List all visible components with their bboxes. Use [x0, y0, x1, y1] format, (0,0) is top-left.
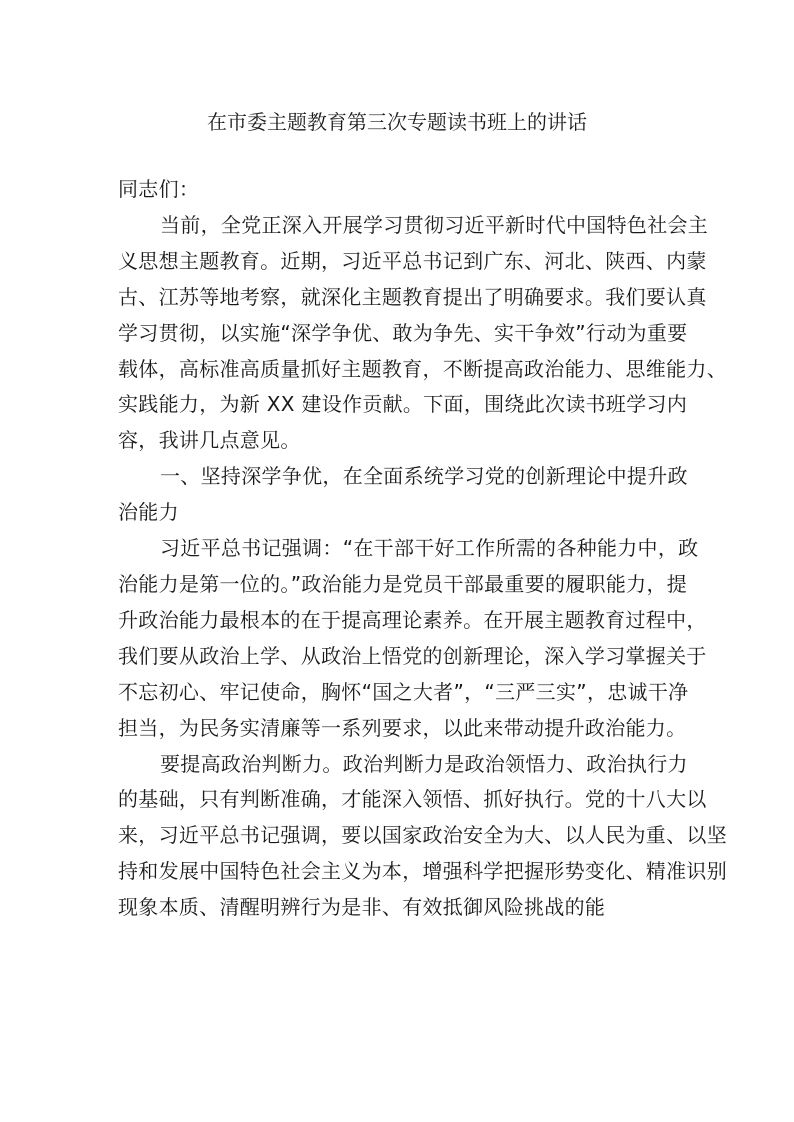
text-line: 实践能力，为新 XX 建设作贡献。下面，围绕此次读书班学习内	[118, 387, 682, 423]
text-line: 持和发展中国特色社会主义为本，增强科学把握形势变化、精准识别	[118, 854, 682, 890]
document-body: 同志们： 当前，全党正深入开展学习贯彻习近平新时代中国特色社会主义思想主题教育。…	[118, 172, 682, 926]
text-line: 升政治能力最根本的在于提高理论素养。在开展主题教育过程中，	[118, 603, 682, 639]
body-lines: 当前，全党正深入开展学习贯彻习近平新时代中国特色社会主义思想主题教育。近期，习近…	[118, 208, 682, 926]
text-line: 现象本质、清醒明辨行为是非、有效抵御风险挑战的能	[118, 890, 682, 926]
text-line: 学习贯彻，以实施“深学争优、敢为争先、实干争效”行动为重要	[118, 316, 682, 352]
text-line: 当前，全党正深入开展学习贯彻习近平新时代中国特色社会主	[118, 208, 682, 244]
text-line: 治能力	[118, 495, 682, 531]
text-line: 古、江苏等地考察，就深化主题教育提出了明确要求。我们要认真	[118, 280, 682, 316]
text-line: 治能力是第一位的。”政治能力是党员干部最重要的履职能力，提	[118, 567, 682, 603]
text-line: 一、坚持深学争优，在全面系统学习党的创新理论中提升政	[118, 459, 682, 495]
salutation: 同志们：	[118, 172, 682, 208]
text-line: 来，习近平总书记强调，要以国家政治安全为大、以人民为重、以坚	[118, 818, 682, 854]
text-line: 的基础，只有判断准确，才能深入领悟、抓好执行。党的十八大以	[118, 782, 682, 818]
text-line: 我们要从政治上学、从政治上悟党的创新理论，深入学习掌握关于	[118, 639, 682, 675]
text-line: 容，我讲几点意见。	[118, 423, 682, 459]
document-title: 在市委主题教育第三次专题读书班上的讲话	[0, 108, 794, 136]
text-line: 载体，高标准高质量抓好主题教育，不断提高政治能力、思维能力、	[118, 352, 682, 388]
text-line: 习近平总书记强调：“在干部干好工作所需的各种能力中，政	[118, 531, 682, 567]
text-line: 不忘初心、牢记使命，胸怀“国之大者”，“三严三实”，忠诚干净	[118, 675, 682, 711]
text-line: 要提高政治判断力。政治判断力是政治领悟力、政治执行力	[118, 747, 682, 783]
text-line: 义思想主题教育。近期，习近平总书记到广东、河北、陕西、内蒙	[118, 244, 682, 280]
text-line: 担当，为民务实清廉等一系列要求，以此来带动提升政治能力。	[118, 711, 682, 747]
